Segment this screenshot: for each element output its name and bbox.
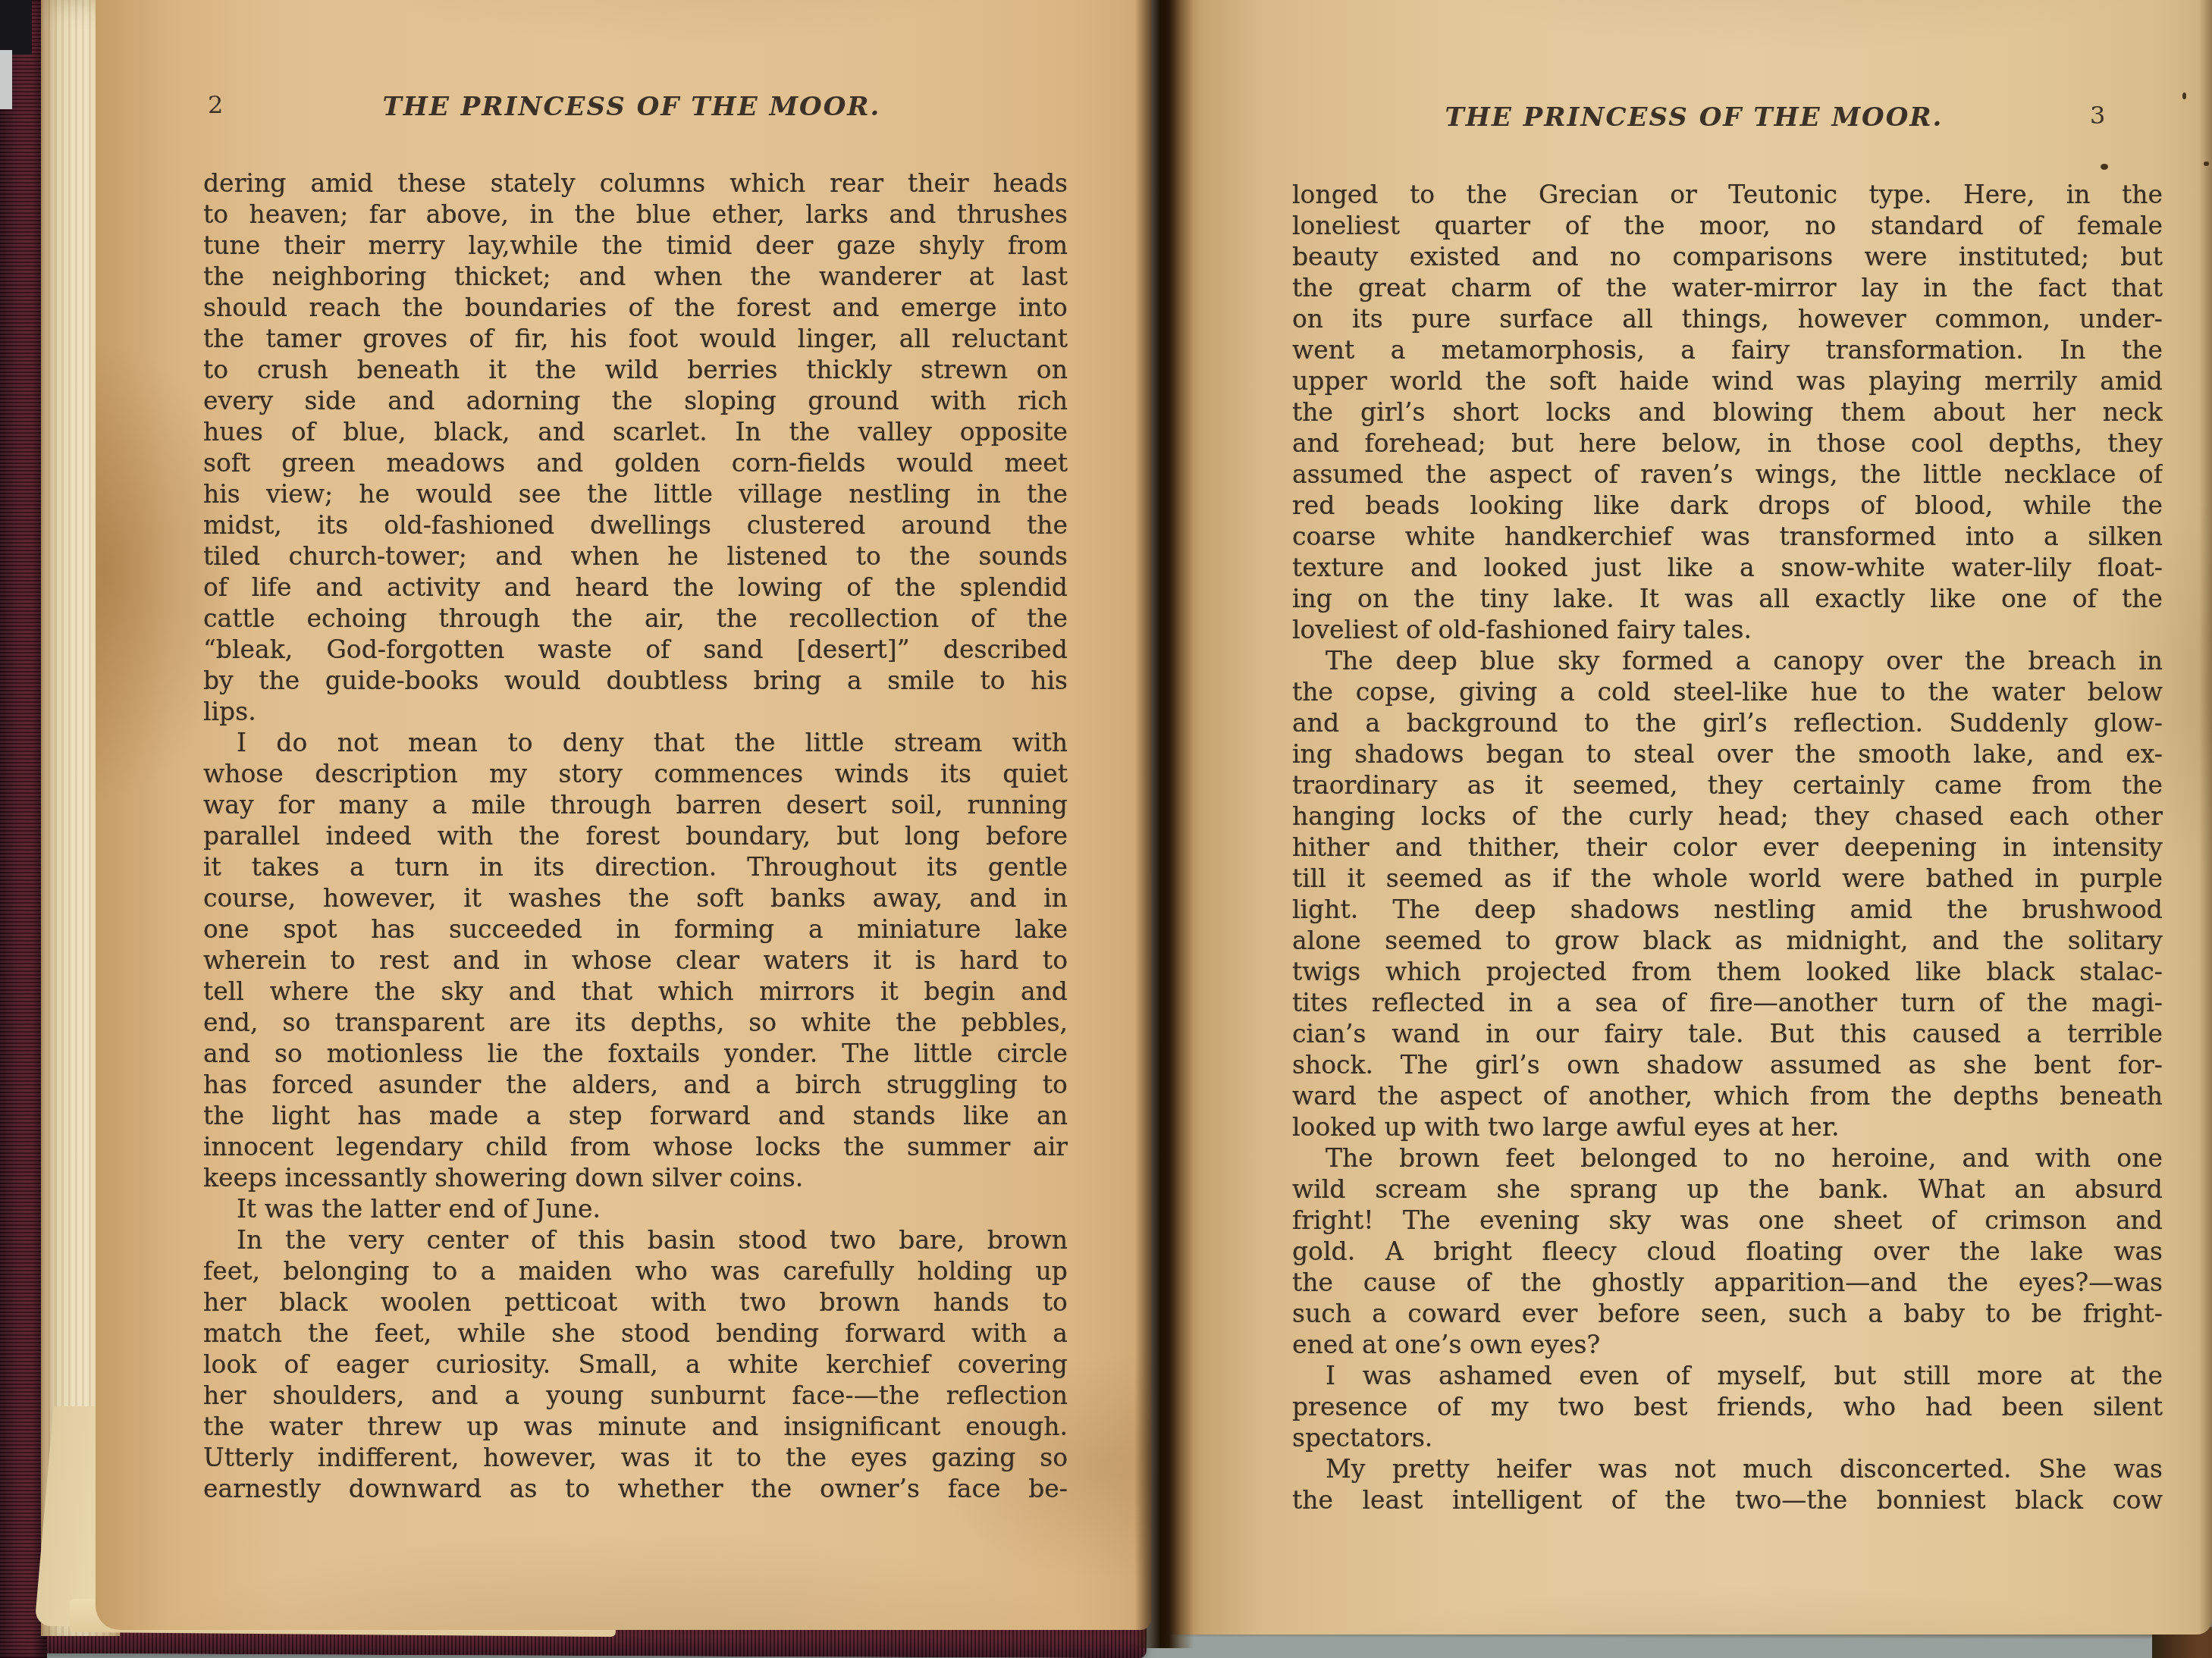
right-page-edge-shading [2199, 0, 2212, 1658]
text-line: I was ashamed even of myself, but still … [1292, 1360, 2163, 1391]
text-line: assumed the aspect of raven’s wings, the… [1292, 459, 2163, 490]
text-line: ward the aspect of another, which from t… [1292, 1080, 2163, 1111]
text-line: cian’s wand in our fairy tale. But this … [1292, 1018, 2163, 1049]
text-line: alone seemed to grow black as midnight, … [1292, 925, 2163, 956]
text-line: coarse white handkerchief was transforme… [1292, 521, 2163, 552]
text-line: till it seemed as if the whole world wer… [1292, 863, 2163, 894]
text-line: match the feet, while she stood bending … [203, 1318, 1068, 1349]
text-line: In the very center of this basin stood t… [203, 1224, 1068, 1255]
text-line: The deep blue sky formed a canopy over t… [1292, 645, 2163, 676]
text-line: keeps incessantly showering down silver … [203, 1162, 1068, 1193]
text-line: of life and activity and heard the lowin… [203, 572, 1068, 603]
text-line: gold. A bright fleecy cloud floating ove… [1292, 1236, 2163, 1267]
text-line: one spot has succeeded in forming a mini… [203, 914, 1068, 945]
book-cover-left-edge [0, 0, 47, 1658]
text-line: tiled church-tower; and when he listened… [203, 541, 1068, 572]
text-line: parallel indeed with the forest boundary… [203, 820, 1068, 851]
running-head-right: THE PRINCESS OF THE MOOR. [1445, 102, 1944, 133]
text-line: the light has made a step forward and st… [203, 1100, 1068, 1131]
text-line: his view; he would see the little villag… [203, 478, 1068, 509]
text-line: lips. [203, 696, 1068, 727]
gutter-shadow [1134, 0, 1194, 1648]
text-line: and a background to the girl’s reflectio… [1292, 707, 2163, 738]
text-line: by the guide-books would doubtless bring… [203, 665, 1068, 696]
text-line: feet, belonging to a maiden who was care… [203, 1255, 1068, 1287]
text-line: her black woolen petticoat with two brow… [203, 1287, 1068, 1318]
text-line: tell where the sky and that which mirror… [203, 976, 1068, 1007]
text-line: on its pure surface all things, however … [1292, 303, 2163, 334]
text-line: traordinary as it seemed, they certainly… [1292, 769, 2163, 801]
text-line: the least intelligent of the two—the bon… [1292, 1484, 2163, 1515]
text-line: the great charm of the water-mirror lay … [1292, 272, 2163, 303]
text-line: upper world the soft haide wind was play… [1292, 365, 2163, 396]
text-line: course, however, it washes the soft bank… [203, 882, 1068, 914]
text-line: fright! The evening sky was one sheet of… [1292, 1205, 2163, 1236]
scan-corner-shadow [0, 0, 32, 55]
foxing-speck [2182, 92, 2186, 99]
text-line: longed to the Grecian or Teutonic type. … [1292, 179, 2163, 210]
text-line: it takes a turn in its direction. Throug… [203, 851, 1068, 882]
text-line: texture and looked just like a snow-whit… [1292, 552, 2163, 583]
text-line: ing shadows began to steal over the smoo… [1292, 738, 2163, 769]
page-2-body: dering amid these stately columns which … [203, 168, 1068, 1504]
text-line: ened at one’s own eyes? [1292, 1329, 2163, 1360]
text-line: presence of my two best friends, who had… [1292, 1391, 2163, 1422]
text-line: earnestly downward as to whether the own… [203, 1473, 1068, 1504]
text-line: her shoulders, and a young sunburnt face… [203, 1380, 1068, 1411]
text-line: look of eager curiosity. Small, a white … [203, 1349, 1068, 1380]
text-line: loveliest of old-fashioned fairy tales. [1292, 614, 2163, 645]
text-line: the cause of the ghostly apparition—and … [1292, 1267, 2163, 1298]
scanner-edge-patch [0, 50, 12, 109]
text-line: the neighboring thicket; and when the wa… [203, 261, 1068, 292]
text-line: midst, its old-fashioned dwellings clust… [203, 509, 1068, 541]
text-line: ing on the tiny lake. It was all exactly… [1292, 583, 2163, 614]
page-number-right: 3 [2090, 101, 2105, 130]
text-line: whose description my story commences win… [203, 758, 1068, 789]
foxing-speck [2101, 164, 2108, 170]
text-line: I do not mean to deny that the little st… [203, 727, 1068, 758]
text-line: My pretty heifer was not much disconcert… [1292, 1453, 2163, 1484]
text-line: end, so transparent are its depths, so w… [203, 1007, 1068, 1038]
text-line: went a metamorphosis, a fairy transforma… [1292, 334, 2163, 365]
text-line: hither and thither, their color ever dee… [1292, 832, 2163, 863]
text-line: soft green meadows and golden corn-field… [203, 447, 1068, 478]
text-line: loneliest quarter of the moor, no standa… [1292, 210, 2163, 241]
text-line: “bleak, God-forgotten waste of sand [des… [203, 634, 1068, 665]
text-line: cattle echoing through the air, the reco… [203, 603, 1068, 634]
book-scan: 2 THE PRINCESS OF THE MOOR. THE PRINCESS… [0, 0, 2212, 1658]
text-line: should reach the boundaries of the fores… [203, 292, 1068, 323]
text-line: twigs which projected from them looked l… [1292, 956, 2163, 987]
text-line: It was the latter end of June. [203, 1193, 1068, 1224]
text-line: the girl’s short locks and blowing them … [1292, 396, 2163, 428]
page-number-left: 2 [208, 90, 223, 119]
text-line: the water threw up was minute and insign… [203, 1411, 1068, 1442]
text-line: hanging locks of the curly head; they ch… [1292, 801, 2163, 832]
text-line: and so motionless lie the foxtails yonde… [203, 1038, 1068, 1069]
text-line: has forced asunder the alders, and a bir… [203, 1069, 1068, 1100]
text-line: beauty existed and no comparisons were i… [1292, 241, 2163, 272]
running-head-left: THE PRINCESS OF THE MOOR. [383, 92, 881, 122]
text-line: Utterly indifferent, however, was it to … [203, 1442, 1068, 1473]
text-line: the tamer groves of fir, his foot would … [203, 323, 1068, 354]
text-line: wild scream she sprang up the bank. What… [1292, 1174, 2163, 1205]
text-line: shock. The girl’s own shadow assumed as … [1292, 1049, 2163, 1080]
text-line: The brown feet belonged to no heroine, a… [1292, 1142, 2163, 1174]
text-line: such a coward ever before seen, such a b… [1292, 1298, 2163, 1329]
text-line: tites reflected in a sea of fire—another… [1292, 987, 2163, 1018]
text-line: red beads looking like dark drops of blo… [1292, 490, 2163, 521]
text-line: wherein to rest and in whose clear water… [203, 945, 1068, 976]
text-line: looked up with two large awful eyes at h… [1292, 1111, 2163, 1142]
text-line: the copse, giving a cold steel-like hue … [1292, 676, 2163, 707]
text-line: dering amid these stately columns which … [203, 168, 1068, 199]
text-line: hues of blue, black, and scarlet. In the… [203, 416, 1068, 447]
text-line: light. The deep shadows nestling amid th… [1292, 894, 2163, 925]
page-3-body: longed to the Grecian or Teutonic type. … [1292, 179, 2163, 1515]
text-line: way for many a mile through barren deser… [203, 789, 1068, 820]
text-line: to heaven; far above, in the blue ether,… [203, 199, 1068, 230]
text-line: innocent legendary child from whose lock… [203, 1131, 1068, 1162]
text-line: spectators. [1292, 1422, 2163, 1453]
text-line: to crush beneath it the wild berries thi… [203, 354, 1068, 385]
text-line: and forehead; but here below, in those c… [1292, 428, 2163, 459]
text-line: tune their merry lay,while the timid dee… [203, 230, 1068, 261]
text-line: every side and adorning the sloping grou… [203, 385, 1068, 416]
